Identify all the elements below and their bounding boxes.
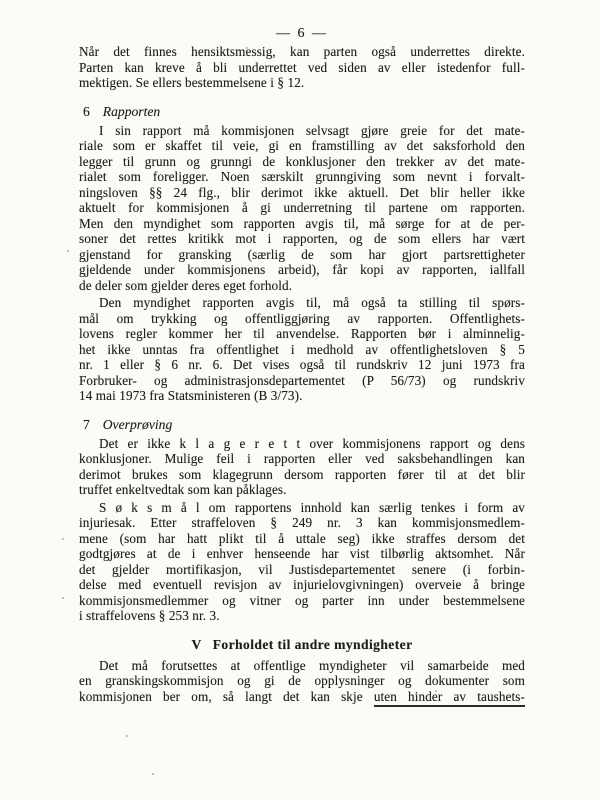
- text-line: 14 mai 1973 fra Statsministeren (B 3/73)…: [79, 388, 525, 404]
- scanned-document-page: — 6 — Når det finnes hensiktsmessig, kan…: [0, 0, 600, 800]
- heading-number: V: [191, 637, 201, 652]
- text-line: het ikke unntas fra offentlighet i medho…: [79, 342, 525, 358]
- text-line: Når det finnes hensiktsmessig, kan parte…: [79, 44, 525, 60]
- text-line: Det må forutsettes at offentlige myndigh…: [79, 658, 525, 674]
- heading-title: Rapporten: [103, 104, 160, 119]
- text-line: truffet enkeltvedtak som kan påklages.: [79, 482, 525, 498]
- text-line: Det er ikke k l a g e r e t t over kommi…: [79, 436, 525, 452]
- text-line: det gjelder mortifikasjon, vil Justisdep…: [79, 562, 525, 578]
- paragraph: S ø k s m å l om rapportens innhold kan …: [79, 500, 525, 624]
- text-line: i straffelovens § 253 nr. 3.: [79, 608, 525, 624]
- text-segment: kommisjonen ber om, så langt det kan skj…: [79, 689, 374, 704]
- document-body: Når det finnes hensiktsmessig, kan parte…: [79, 44, 525, 704]
- text-line: konklusjoner. Mulige feil i rapporten el…: [79, 451, 525, 467]
- text-line: ningsloven §§ 24 flg., blir derimot ikke…: [79, 185, 525, 201]
- text-line: Men den myndighet som rapporten avgis ti…: [79, 216, 525, 232]
- text-line: I sin rapport må kommisjonen selvsagt gj…: [79, 123, 525, 139]
- heading-number: 7: [83, 417, 90, 432]
- text-line: derimot brukes som klagegrunn dersom rap…: [79, 467, 525, 483]
- page-number: — 6 —: [79, 26, 525, 42]
- paragraph: Når det finnes hensiktsmessig, kan parte…: [79, 44, 525, 91]
- heading-title: Overprøving: [103, 417, 172, 432]
- text-line: riale som er skaffet til veie, gi en fra…: [79, 138, 525, 154]
- text-line: injuriesak. Etter straffeloven § 249 nr.…: [79, 515, 525, 531]
- section-heading: 7Overprøving: [79, 417, 525, 433]
- text-line: legger til grunn og grunngi de konklusjo…: [79, 154, 525, 170]
- scan-speck: [152, 773, 154, 775]
- text-line: gjenstand for gransking (særlig de som h…: [79, 247, 525, 263]
- heading-number: 6: [83, 104, 90, 119]
- text-line: Parten kan kreve å bli underrettet ved s…: [79, 60, 525, 76]
- text-line: kommisjonsmedlemmer og vitner og parter …: [79, 593, 525, 609]
- scan-speck: [62, 538, 64, 540]
- text-line: gjeldende under kommisjonens arbeid), få…: [79, 262, 525, 278]
- text-line: nr. 1 eller § 6 nr. 6. Det vises også ti…: [79, 357, 525, 373]
- text-line: en granskingskommisjon og gi de opplysni…: [79, 673, 525, 689]
- text-line: S ø k s m å l om rapportens innhold kan …: [79, 500, 525, 516]
- paragraph: Det må forutsettes at offentlige myndigh…: [79, 658, 525, 705]
- chapter-heading: VForholdet til andre myndigheter: [79, 637, 525, 653]
- text-line: aktuelt for kommisjonen å gi underretnin…: [79, 200, 525, 216]
- underlined-text: uten hinder av taushets-: [374, 689, 525, 708]
- text-line: delse med eventuell revisjon av injuriel…: [79, 577, 525, 593]
- page-content: — 6 — Når det finnes hensiktsmessig, kan…: [79, 26, 525, 704]
- text-line: mektigen. Se ellers bestemmelsene i § 12…: [79, 75, 525, 91]
- scan-speck: [126, 735, 128, 737]
- text-line: Forbruker- og administrasjonsdepartement…: [79, 373, 525, 389]
- section-heading: 6Rapporten: [79, 104, 525, 120]
- scan-speck: [67, 250, 69, 252]
- paragraph: Den myndighet rapporten avgis til, må og…: [79, 295, 525, 404]
- paragraph: Det er ikke k l a g e r e t t over kommi…: [79, 436, 525, 498]
- text-line: soner det rettes kritikk mot i rapporten…: [79, 231, 525, 247]
- scan-speck: [62, 597, 64, 599]
- text-line: godtgjøres at de i enhver henseende har …: [79, 546, 525, 562]
- text-line: kommisjonen ber om, så langt det kan skj…: [79, 689, 525, 705]
- scan-speck: [246, 47, 248, 49]
- paragraph: I sin rapport må kommisjonen selvsagt gj…: [79, 123, 525, 294]
- text-line: lovens regler kommer her til anvendelse.…: [79, 326, 525, 342]
- scan-speck: [435, 690, 437, 692]
- text-line: mål om trykking og offentliggjøring av r…: [79, 311, 525, 327]
- heading-title: Forholdet til andre myndigheter: [213, 637, 413, 652]
- text-line: de deler som gjelder deres eget forhold.: [79, 278, 525, 294]
- text-line: mene (som har hatt plikt til å uttale se…: [79, 531, 525, 547]
- text-line: Den myndighet rapporten avgis til, må og…: [79, 295, 525, 311]
- text-line: rialet som foreligger. Noen særskilt gru…: [79, 169, 525, 185]
